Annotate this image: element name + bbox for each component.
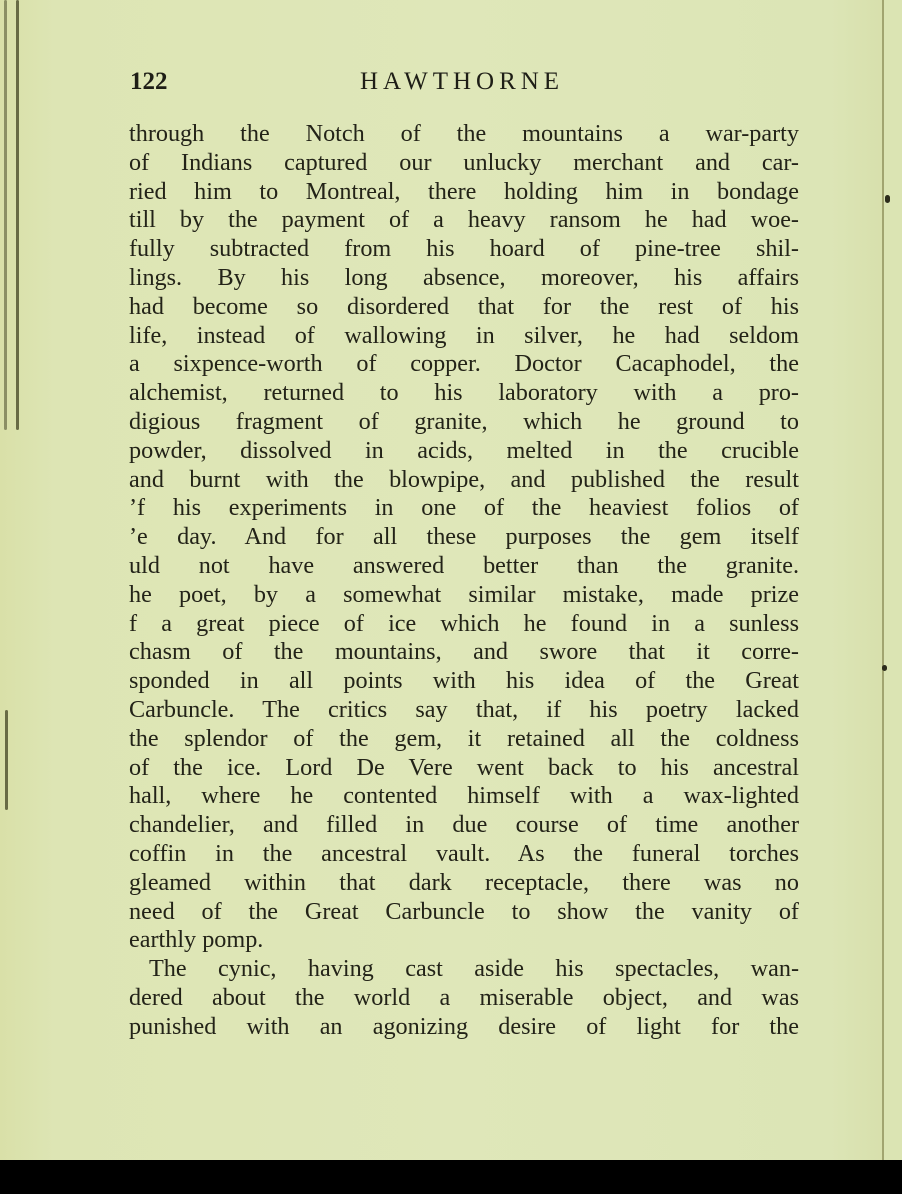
ink-speck <box>885 195 890 203</box>
text-line: chandelier, and filled in due course of … <box>129 811 799 840</box>
text-line: f a great piece of ice which he found in… <box>129 610 799 639</box>
text-line: till by the payment of a heavy ransom he… <box>129 206 799 235</box>
text-line: ʼe day. And for all these purposes the g… <box>129 523 799 552</box>
text-line: of the ice. Lord De Vere went back to hi… <box>129 754 799 783</box>
text-line: he poet, by a somewhat similar mistake, … <box>129 581 799 610</box>
text-line: uld not have answered better than the gr… <box>129 552 799 581</box>
text-line: through the Notch of the mountains a war… <box>129 120 799 149</box>
page-header: 122 HAWTHORNE <box>128 68 818 104</box>
text-line: coffin in the ancestral vault. As the fu… <box>129 840 799 869</box>
text-line: sponded in all points with his idea of t… <box>129 667 799 696</box>
text-line: punished with an agonizing desire of lig… <box>129 1013 799 1042</box>
text-line: fully subtracted from his hoard of pine-… <box>129 235 799 264</box>
text-line: dered about the world a miserable object… <box>129 984 799 1013</box>
running-head: HAWTHORNE <box>360 68 564 96</box>
text-line: had become so disordered that for the re… <box>129 293 799 322</box>
text-line: ʼf his experiments in one of the heavies… <box>129 494 799 523</box>
text-line: alchemist, returned to his laboratory wi… <box>129 379 799 408</box>
binding-line-left-2 <box>16 0 19 430</box>
next-page-edge <box>884 0 902 1160</box>
book-page: 122 HAWTHORNE through the Notch of the m… <box>0 0 902 1160</box>
text-line: chasm of the mountains, and swore that i… <box>129 638 799 667</box>
text-line: the splendor of the gem, it retained all… <box>129 725 799 754</box>
scan-background <box>0 1160 902 1194</box>
text-line: ried him to Montreal, there holding him … <box>129 178 799 207</box>
text-line: lings. By his long absence, moreover, hi… <box>129 264 799 293</box>
body-text: through the Notch of the mountains a war… <box>129 120 799 1042</box>
text-line: need of the Great Carbuncle to show the … <box>129 898 799 927</box>
page-number: 122 <box>130 68 168 96</box>
text-line: life, instead of wallowing in silver, he… <box>129 322 799 351</box>
text-line: of Indians captured our unlucky merchant… <box>129 149 799 178</box>
text-line: Carbuncle. The critics say that, if his … <box>129 696 799 725</box>
text-line: a sixpence-worth of copper. Doctor Cacap… <box>129 350 799 379</box>
paragraph-start-line: The cynic, having cast aside his spectac… <box>129 955 799 984</box>
binding-line-left-1 <box>4 0 7 430</box>
text-line: digious fragment of granite, which he gr… <box>129 408 799 437</box>
text-line: powder, dissolved in acids, melted in th… <box>129 437 799 466</box>
ink-speck <box>882 665 887 671</box>
binding-line-left-3 <box>5 710 8 810</box>
text-line: hall, where he contented himself with a … <box>129 782 799 811</box>
text-line: gleamed within that dark receptacle, the… <box>129 869 799 898</box>
text-line: and burnt with the blowpipe, and publish… <box>129 466 799 495</box>
paragraph-end-line: earthly pomp. <box>129 926 799 955</box>
